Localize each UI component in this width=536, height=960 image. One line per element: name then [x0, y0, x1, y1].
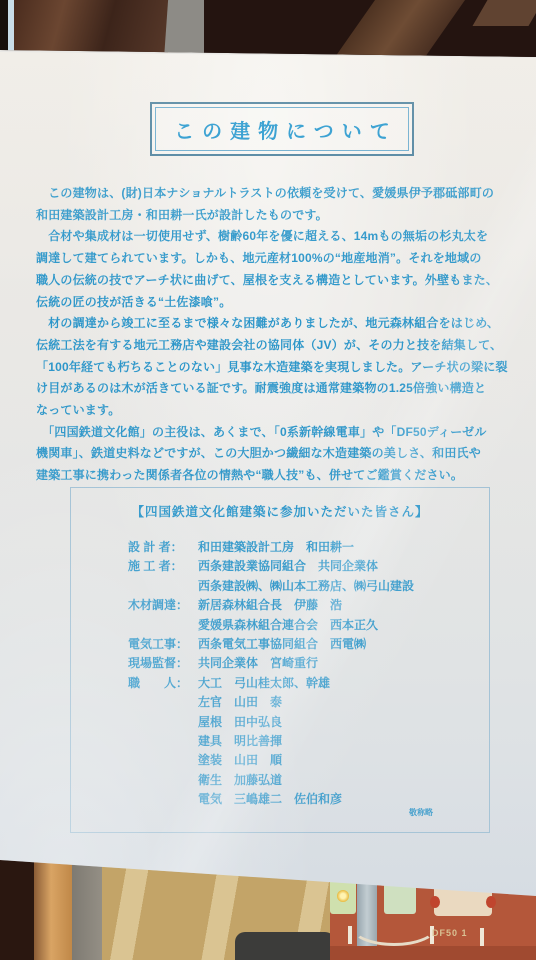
credits-row-builder: 施 工 者： 西条建設業協同組合 共同企業体 西条建設㈱、㈱山本工務店、㈱弓山建… [128, 557, 477, 596]
credit-values: 新居森林組合長 伊藤 浩 愛媛県森林組合連合会 西本正久 [198, 596, 477, 635]
rope-post [348, 926, 352, 944]
sign-body: この建物は、(財)日本ナショナルトラストの依頼を受けて、愛媛県伊予郡砥部町の 和… [36, 183, 508, 487]
credit-value: 西条建設業協同組合 共同企業体 [198, 557, 477, 576]
wood-post-bottom-left [0, 858, 34, 960]
photo: DF50 1 この建物について この建物は、(財)日本ナショナルトラストの依頼を… [0, 0, 536, 960]
credit-label: 職 人： [128, 674, 198, 810]
credit-label: 施 工 者： [128, 557, 198, 596]
credit-label: 設 計 者： [128, 538, 198, 557]
credits-row-craftsmen: 職 人： 大工 弓山桂太郎、幹雄 左官 山田 泰 屋根 田中弘良 建具 明比善揮… [128, 674, 477, 810]
credit-value: 塗装 山田 順 [198, 751, 477, 770]
poster-lower-band [330, 946, 536, 960]
paragraph-3: 材の調達から竣工に至るまで様々な困難がありましたが、地元森林組合をはじめ、 伝統… [36, 313, 508, 422]
credit-values: 大工 弓山桂太郎、幹雄 左官 山田 泰 屋根 田中弘良 建具 明比善揮 塗装 山… [198, 674, 477, 810]
credit-value: 大工 弓山桂太郎、幹雄 [198, 674, 477, 693]
credits-row-lumber: 木材調達： 新居森林組合長 伊藤 浩 愛媛県森林組合連合会 西本正久 [128, 596, 477, 635]
credit-label: 電気工事： [128, 635, 198, 654]
credit-values: 共同企業体 宮崎重行 [198, 654, 477, 673]
gray-post [164, 0, 208, 60]
title-inner-border: この建物について [155, 107, 409, 151]
credits-rows: 設 計 者： 和田建築設計工房 和田耕一 施 工 者： 西条建設業協同組合 共同… [128, 538, 477, 810]
credit-value: 左官 山田 泰 [198, 693, 477, 712]
credit-value: 西条電気工事協同組合 西電㈱ [198, 635, 477, 654]
gray-strip [72, 864, 102, 960]
credit-label: 木材調達： [128, 596, 198, 635]
wood-beam-right [204, 0, 536, 60]
title-box: この建物について [150, 102, 414, 156]
credit-value: 愛媛県森林組合連合会 西本正久 [198, 616, 477, 635]
credit-value: 建具 明比善揮 [198, 732, 477, 751]
honorifics-note: 敬称略 [409, 807, 433, 818]
credit-values: 和田建築設計工房 和田耕一 [198, 538, 477, 557]
paragraph-2: 合材や集成材は一切使用せず、樹齢60年を優に超える、14mもの無垢の杉丸太を 調… [36, 226, 508, 313]
diagonal-plank-light [472, 0, 536, 26]
train-cheek [430, 896, 440, 908]
train-cheek [486, 896, 496, 908]
flower-icon [337, 890, 349, 902]
window-edge-dark [0, 0, 8, 60]
credit-value: 新居森林組合長 伊藤 浩 [198, 596, 477, 615]
credit-values: 西条建設業協同組合 共同企業体 西条建設㈱、㈱山本工務店、㈱弓山建設 [198, 557, 477, 596]
train-number-label: DF50 1 [432, 928, 468, 938]
information-sign: この建物について この建物は、(財)日本ナショナルトラストの依頼を受けて、愛媛県… [0, 52, 536, 902]
credit-value: 屋根 田中弘良 [198, 713, 477, 732]
rope-post [480, 928, 484, 946]
window-frame-reflection-top [0, 0, 536, 60]
paragraph-1: この建物は、(財)日本ナショナルトラストの依頼を受けて、愛媛県伊予郡砥部町の 和… [36, 183, 508, 226]
copper-plank [34, 860, 72, 960]
credits-row-designer: 設 計 者： 和田建築設計工房 和田耕一 [128, 538, 477, 557]
credits-header: 【四国鉄道文化館建築に参加いただいた皆さん】 [83, 502, 477, 520]
credit-values: 西条電気工事協同組合 西電㈱ [198, 635, 477, 654]
credits-row-electrical: 電気工事： 西条電気工事協同組合 西電㈱ [128, 635, 477, 654]
page-title: この建物について [166, 121, 398, 143]
credit-value: 衛生 加藤弘道 [198, 771, 477, 790]
credit-value: 和田建築設計工房 和田耕一 [198, 538, 477, 557]
credit-value: 電気 三嶋雄二 佐伯和彦 [198, 790, 477, 809]
wood-beam-left [14, 0, 168, 60]
credit-value: 西条建設㈱、㈱山本工務店、㈱弓山建設 [198, 577, 477, 596]
dark-object [235, 932, 335, 960]
credits-row-supervisor: 現場監督： 共同企業体 宮崎重行 [128, 654, 477, 673]
credit-label: 現場監督： [128, 654, 198, 673]
rope-barrier [350, 906, 438, 946]
credits-box: 【四国鉄道文化館建築に参加いただいた皆さん】 設 計 者： 和田建築設計工房 和… [70, 487, 490, 833]
credit-value: 共同企業体 宮崎重行 [198, 654, 477, 673]
paragraph-4: 「四国鉄道文化館」の主役は、あくまで、「0系新幹線電車」や「DF50ディーゼル … [36, 422, 508, 487]
